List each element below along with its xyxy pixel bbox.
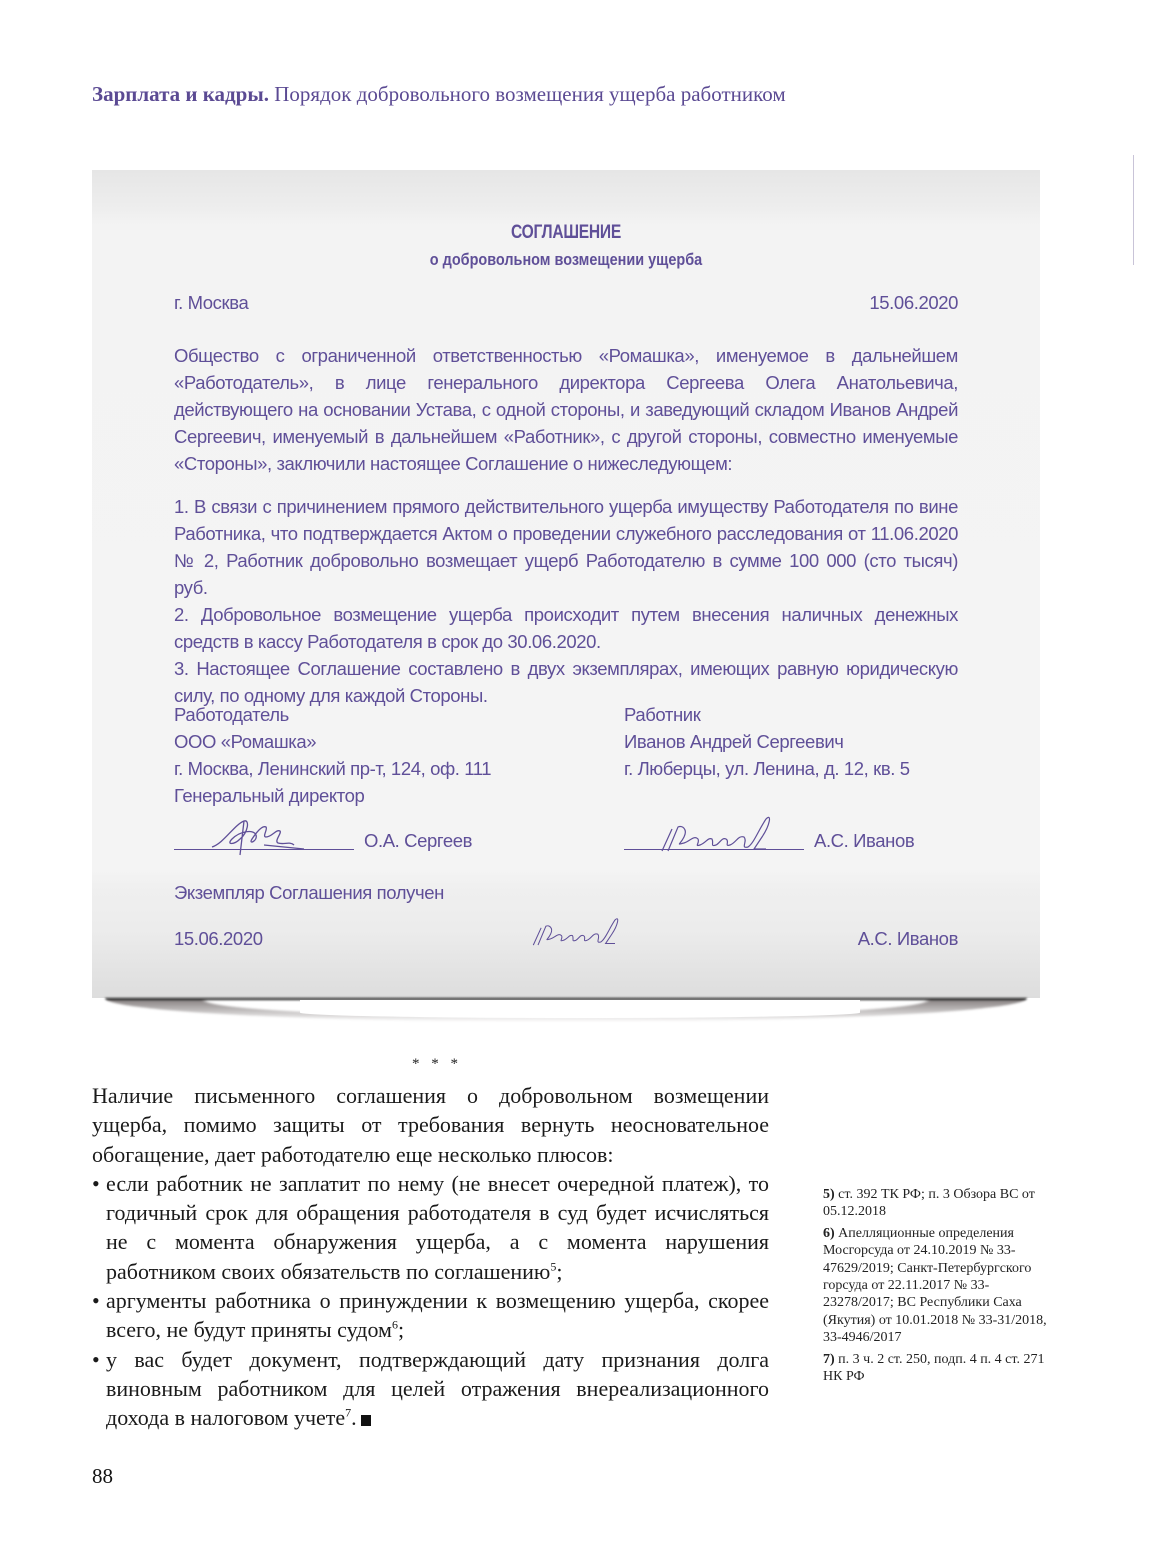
employer-name: ООО «Ромашка» [174,728,491,755]
employer-details: Работодатель ООО «Ромашка» г. Москва, Ле… [174,701,491,809]
bullet-icon: • [92,1345,100,1374]
clause-1: 1. В связи с причинением прямого действи… [174,493,958,601]
document-subtitle: о добровольном возмещении ущерба [163,250,969,270]
section-separator: * * * [412,1056,462,1073]
employer-signature-name: О.А. Сергеев [364,830,472,852]
receipt-date: 15.06.2020 [174,928,263,950]
page-number: 88 [92,1464,113,1489]
document-clauses: 1. В связи с причинением прямого действи… [174,493,958,709]
preamble-text: Общество с ограниченной ответственностью… [174,342,958,477]
employee-address: г. Люберцы, ул. Ленина, д. 12, кв. 5 [624,755,910,782]
list-item: • у вас будет документ, подтверждающий д… [92,1345,769,1433]
employer-signature-icon [204,815,314,860]
end-of-article-icon [361,1415,371,1426]
article-intro: Наличие письменного соглашения о доброво… [92,1081,769,1169]
receipt-label: Экземпляр Соглашения получен [174,882,444,904]
document-preamble: Общество с ограниченной ответственностью… [174,342,958,477]
article-body: Наличие письменного соглашения о доброво… [92,1081,769,1433]
document-date: 15.06.2020 [869,292,958,314]
employee-signature-icon [654,815,794,860]
running-header: Зарплата и кадры. Порядок добровольного … [92,82,786,107]
footnotes: 5) ст. 392 ТК РФ; п. 3 Обзора ВС от 05.1… [823,1186,1053,1389]
bullet-icon: • [92,1169,100,1198]
list-item: • если работник не заплатит по нему (не … [92,1169,769,1286]
receipt-signature-icon [527,912,637,957]
article-title: Порядок добровольного возмещения ущерба … [274,82,785,106]
employee-signature-underline [624,849,804,850]
document-city: г. Москва [174,292,248,314]
footnote-7: 7) п. 3 ч. 2 ст. 250, подп. 4 п. 4 ст. 2… [823,1351,1053,1386]
receipt-name: А.С. Иванов [858,928,958,950]
employee-role: Работник [624,701,910,728]
employee-name: Иванов Андрей Сергеевич [624,728,910,755]
employee-details: Работник Иванов Андрей Сергеевич г. Любе… [624,701,910,782]
list-item: • аргументы работника о принуждении к во… [92,1286,769,1345]
clause-2: 2. Добровольное возмещение ущерба происх… [174,601,958,655]
section-name: Зарплата и кадры. [92,82,269,106]
employer-position: Генеральный директор [174,782,491,809]
benefits-list: • если работник не заплатит по нему (не … [92,1169,769,1433]
footnote-5: 5) ст. 392 ТК РФ; п. 3 Обзора ВС от 05.1… [823,1186,1053,1221]
footnote-6: 6) Апелляционные определения Мосгорсуда … [823,1225,1053,1347]
agreement-document: СОГЛАШЕНИЕ о добровольном возмещении уще… [92,170,1040,998]
employer-address: г. Москва, Ленинский пр-т, 124, оф. 111 [174,755,491,782]
employer-signature-underline [174,849,354,850]
document-title: СОГЛАШЕНИЕ [177,222,954,244]
employer-role: Работодатель [174,701,491,728]
employee-signature-name: А.С. Иванов [814,830,914,852]
page-edge-marker [1133,155,1134,265]
bullet-icon: • [92,1286,100,1315]
